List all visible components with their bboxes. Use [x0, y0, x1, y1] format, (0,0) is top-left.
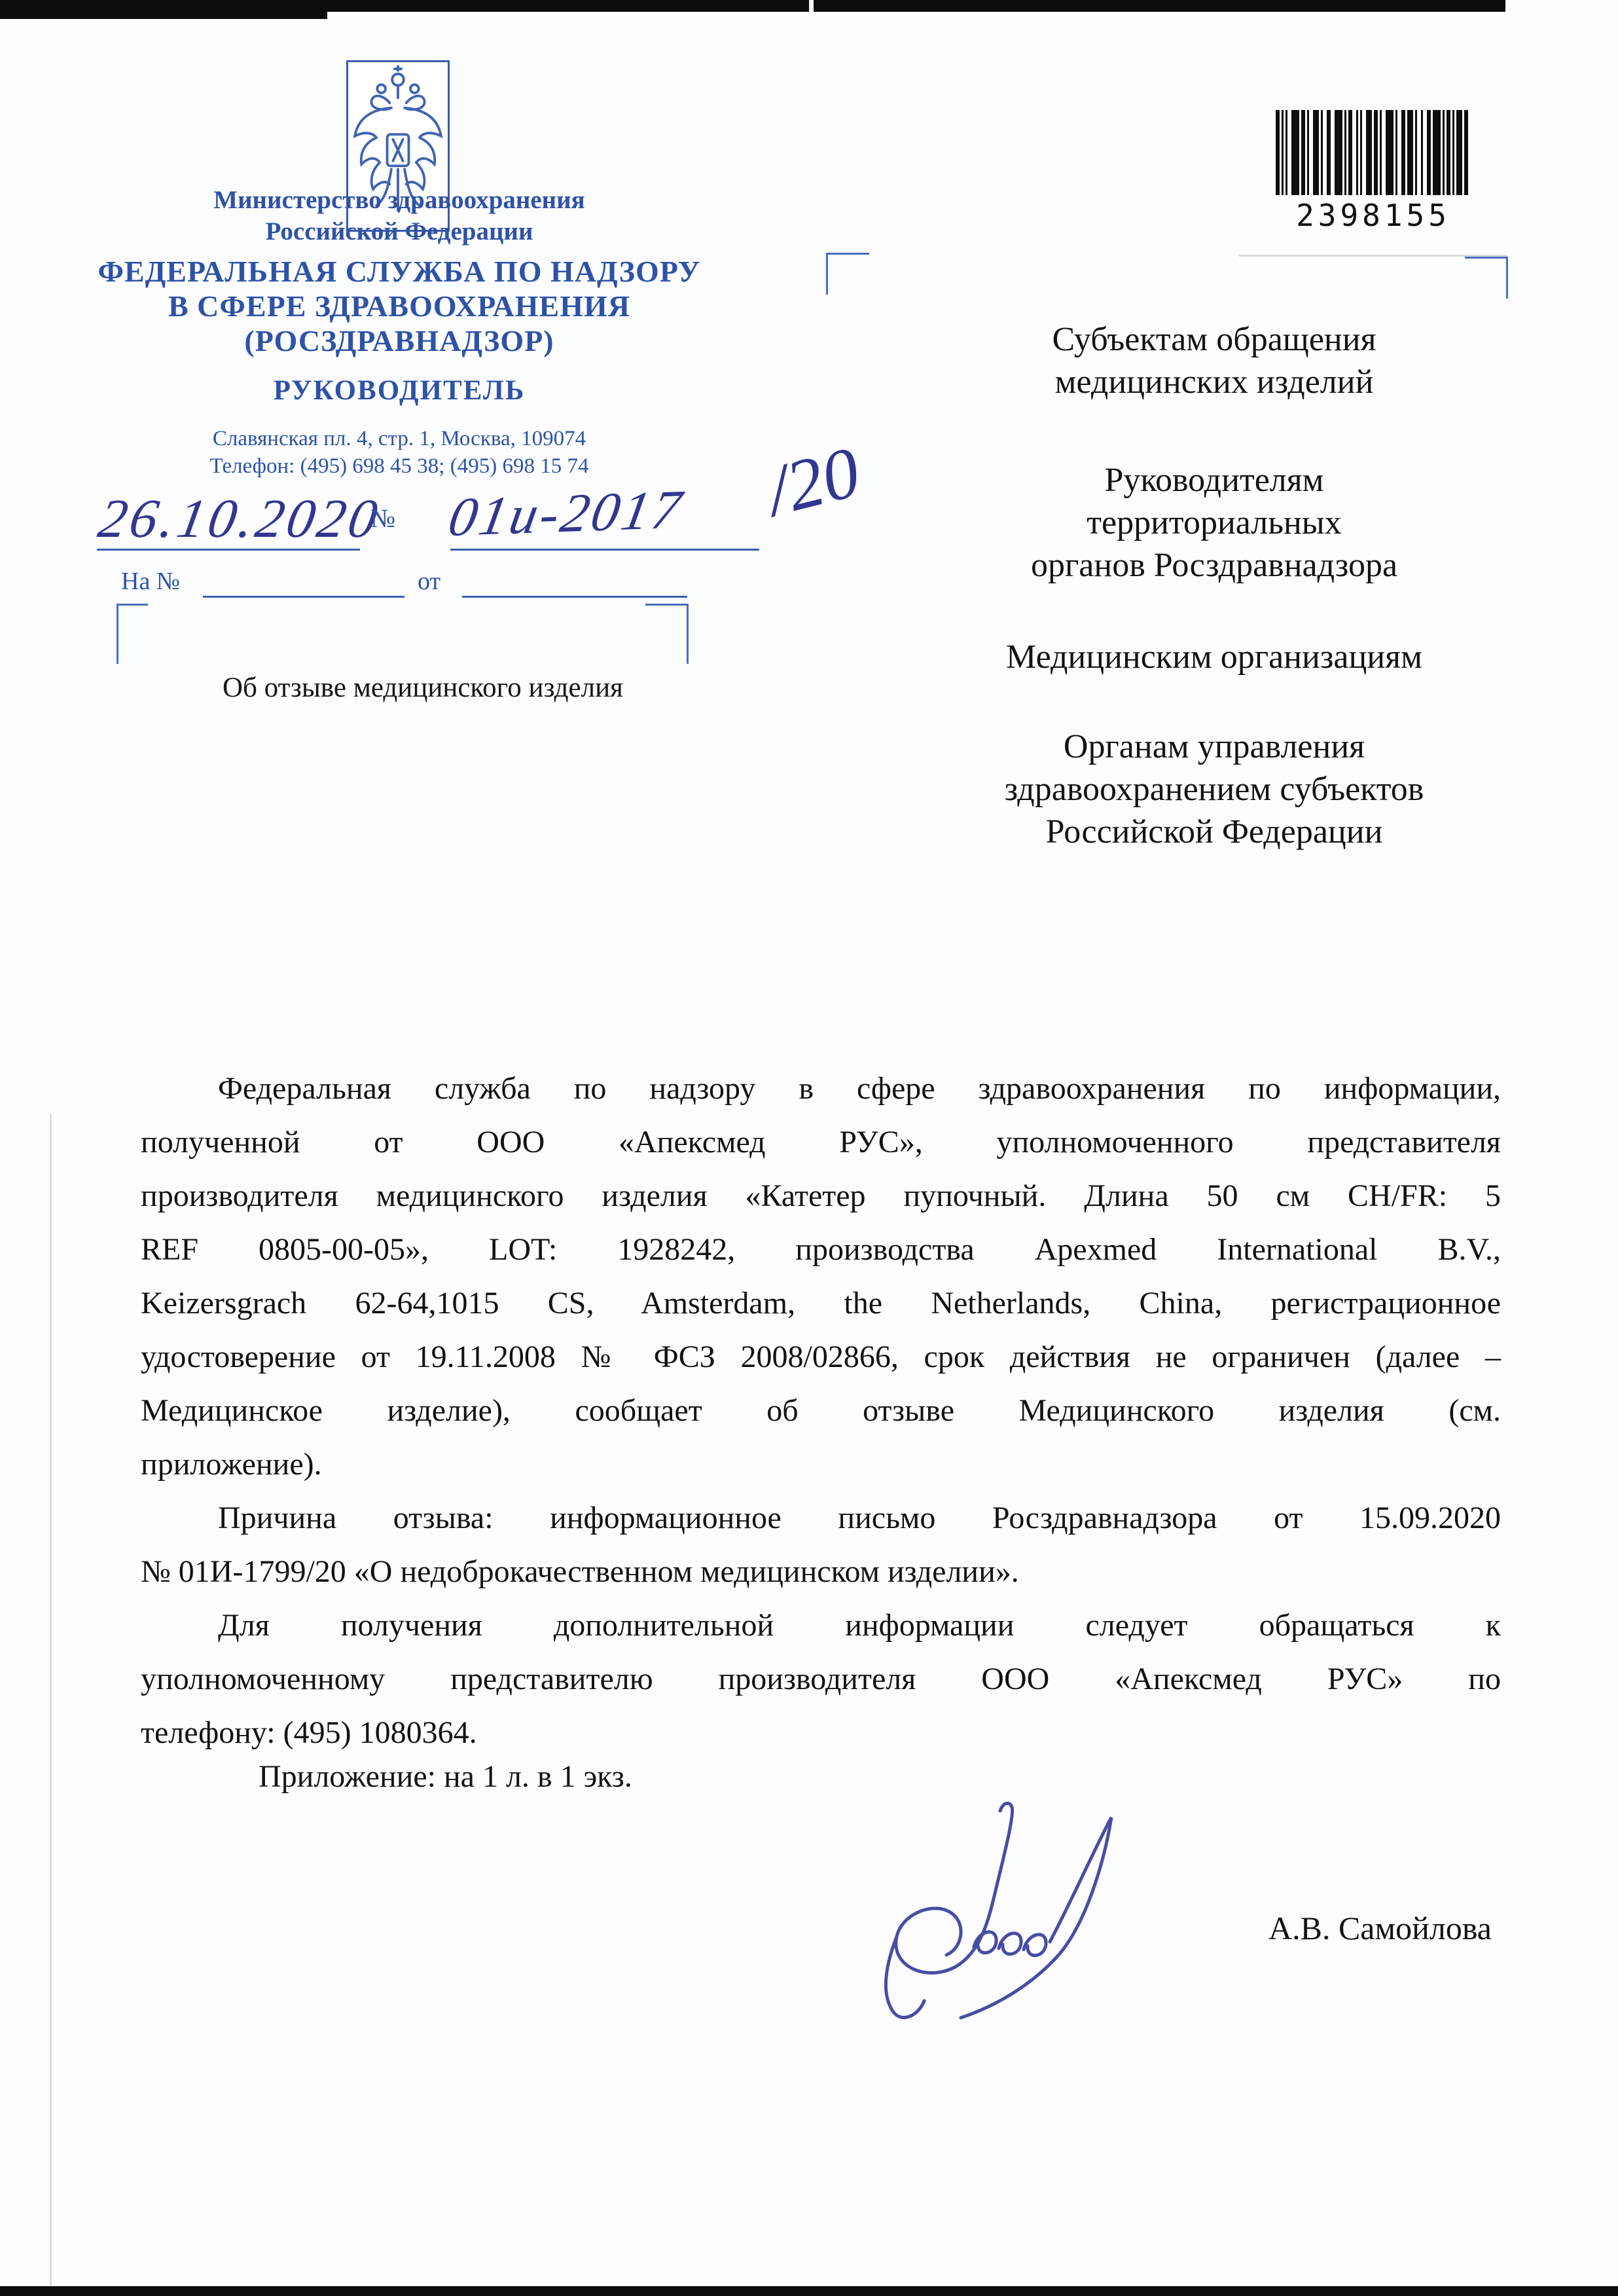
body-line: полученной от ООО «Апексмед РУС», уполно…: [141, 1116, 1501, 1169]
body-line: Медицинское изделие), сообщает об отзыве…: [141, 1384, 1501, 1438]
body-line: Причина отзыва: информационное письмо Ро…: [141, 1491, 1501, 1545]
handwritten-number-suffix: /20: [759, 430, 868, 533]
letterhead-address: Славянская пл. 4, стр. 1, Москва, 109074: [62, 427, 736, 451]
addressee-group: Руководителям территориальных органов Ро…: [854, 459, 1574, 587]
body-line: Для получения дополнительной информации …: [141, 1599, 1501, 1652]
attachment-note: Приложение: на 1 л. в 1 экз.: [259, 1758, 632, 1795]
addressee-line: здравоохранением субъектов: [854, 768, 1574, 811]
addressee-line: Органам управления: [854, 725, 1574, 768]
service-name-line: ФЕДЕРАЛЬНАЯ СЛУЖБА ПО НАДЗОРУ: [62, 254, 736, 289]
addressee-line: Субъектам обращения: [854, 318, 1574, 361]
body-line: удостоверение от 19.11.2008 № ФСЗ 2008/0…: [141, 1330, 1501, 1384]
addressee-line: Руководителям: [854, 459, 1574, 501]
body-text: Федеральная служба по надзору в сфере зд…: [141, 1062, 1501, 1760]
body-line: REF 0805-00-05», LOT: 1928242, производс…: [141, 1223, 1501, 1277]
subject-line: Об отзыве медицинского изделия: [223, 672, 623, 704]
body-line: уполномоченному представителю производит…: [141, 1652, 1501, 1706]
barcode: 2398155: [1276, 110, 1471, 233]
post-title: РУКОВОДИТЕЛЬ: [62, 374, 736, 407]
scan-artifact-bottom-bar: [0, 2286, 1618, 2296]
corner-mark: [1506, 257, 1508, 299]
corner-mark: [687, 604, 689, 664]
corner-mark: [645, 604, 689, 606]
letterhead-phone: Телефон: (495) 698 45 38; (495) 698 15 7…: [62, 454, 736, 479]
addressee-line: Российской Федерации: [854, 811, 1574, 853]
body-line: Keizersgrach 62-64,1015 CS, Amsterdam, t…: [141, 1277, 1501, 1330]
addressee-group: Субъектам обращения медицинских изделий: [854, 318, 1574, 403]
service-name-line: (РОСЗДРАВНАДЗОР): [62, 323, 736, 358]
corner-mark: [1465, 257, 1508, 259]
service-name-line: В СФЕРЕ ЗДРАВООХРАНЕНИЯ: [62, 289, 736, 323]
addressee-line: органов Росздравнадзора: [854, 544, 1574, 587]
signature: [864, 1795, 1165, 2031]
scan-artifact-left-line: [50, 1113, 52, 2286]
corner-mark: [117, 604, 118, 664]
reply-number-blank-line: [203, 596, 404, 598]
reply-date-blank-line: [462, 596, 687, 598]
addressee-block: Субъектам обращения медицинских изделий …: [854, 318, 1574, 853]
number-sign-label: №: [370, 503, 395, 534]
ministry-name-line: Министерство здравоохранения: [62, 185, 736, 215]
addressee-line: медицинских изделий: [854, 361, 1574, 403]
body-line: приложение).: [141, 1438, 1501, 1491]
barcode-number: 2398155: [1276, 198, 1471, 233]
ministry-name-line: Российской Федерации: [62, 217, 736, 246]
corner-mark: [117, 604, 148, 606]
document-page: Министерство здравоохранения Российской …: [0, 0, 1618, 2296]
reply-number-label: На №: [121, 567, 180, 596]
corner-mark: [826, 253, 828, 295]
addressee-group: Медицинским организациям: [854, 636, 1574, 678]
body-line: № 01И-1799/20 «О недоброкачественном мед…: [141, 1545, 1501, 1599]
number-underline: [450, 549, 759, 551]
corner-mark: [826, 253, 869, 255]
scan-artifact-top-left-bar: [0, 0, 327, 19]
handwritten-outgoing-number: 01и-2017: [444, 478, 689, 549]
addressee-line: территориальных: [854, 501, 1574, 544]
body-line: телефону: (495) 1080364.: [141, 1706, 1501, 1760]
signer-name: А.В. Самойлова: [1268, 1909, 1492, 1947]
body-line: производителя медицинского изделия «Кате…: [141, 1169, 1501, 1223]
addressee-line: Медицинским организациям: [854, 636, 1574, 678]
reply-from-label: от: [418, 567, 440, 596]
scan-artifact-slit: [809, 0, 814, 12]
body-line: Федеральная служба по надзору в сфере зд…: [141, 1062, 1501, 1116]
addressee-group: Органам управления здравоохранением субъ…: [854, 725, 1574, 853]
handwritten-date: 26.10.2020: [94, 487, 385, 551]
date-underline: [97, 549, 360, 551]
